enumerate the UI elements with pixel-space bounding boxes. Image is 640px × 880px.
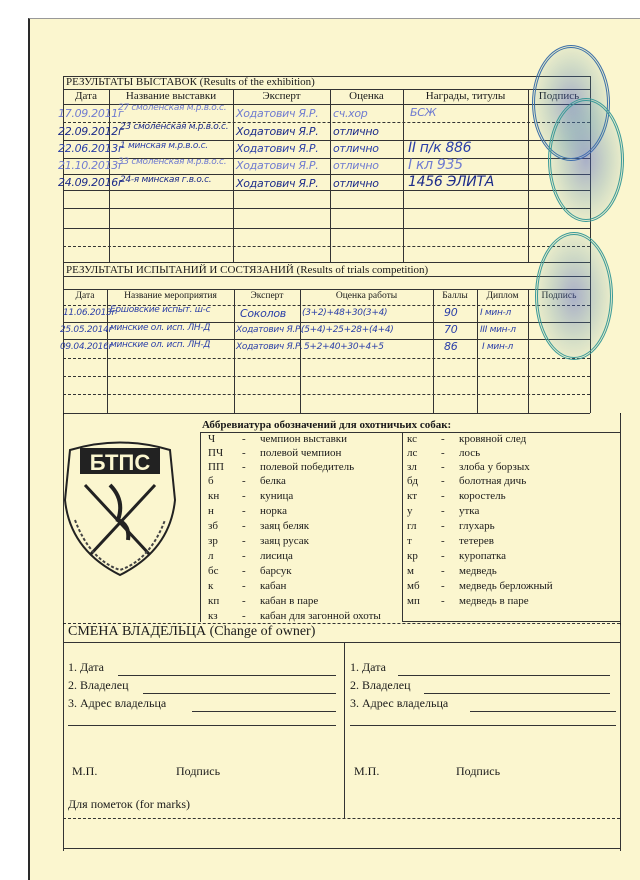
cell-evaluation: (5+4)+25+28+(4+4)	[301, 325, 393, 335]
section-border	[63, 623, 64, 851]
col-header-date: Дата	[63, 90, 109, 102]
table-border	[63, 289, 590, 290]
cell-evaluation: (3+2)+48+30(3+4)	[302, 308, 387, 318]
cell-awards: 1456 ЭЛИТА	[408, 174, 494, 190]
col-divider	[234, 289, 235, 413]
col-divider	[528, 89, 529, 262]
col-header-show-name: Название выставки	[109, 90, 233, 102]
abbreviations-title: Аббревиатура обозначений для охотничьих …	[202, 419, 451, 431]
cell-awards: II п/к 886	[408, 140, 471, 156]
date-label: 1. Дата	[350, 660, 386, 675]
cell-diploma: III мин-л	[480, 325, 516, 335]
table-border	[63, 276, 590, 277]
svg-text:БТПС: БТПС	[90, 450, 151, 475]
cell-date: 22.09.2012г	[58, 125, 123, 138]
date-field[interactable]	[118, 675, 336, 676]
cell-grade: отлично	[333, 177, 379, 190]
row-divider	[63, 413, 590, 414]
col-divider	[63, 262, 64, 413]
col-divider	[344, 642, 345, 819]
cell-date: 17.09.2011г	[58, 107, 123, 120]
cell-expert: Ходатович Я.Р.	[236, 177, 318, 190]
col-divider	[233, 89, 234, 262]
cell-expert: Соколов	[240, 307, 286, 320]
address-label: 3. Адрес владельца	[68, 696, 166, 711]
row-divider	[63, 190, 590, 191]
col-header-expert: Эксперт	[234, 291, 300, 301]
address-label: 3. Адрес владельца	[350, 696, 448, 711]
cell-expert: Ходатович Я.Р.	[236, 107, 318, 120]
cell-points: 86	[444, 340, 457, 353]
trials-title: РЕЗУЛЬТАТЫ ИСПЫТАНИЙ И СОСТЯЗАНИЙ (Resul…	[66, 264, 428, 276]
signature-label: Подпись	[456, 764, 500, 779]
owner-change-title: СМЕНА ВЛАДЕЛЬЦА (Change of owner)	[68, 624, 315, 640]
date-field[interactable]	[398, 675, 610, 676]
cell-show-name: 1 минская м.р.в.о.с.	[120, 141, 208, 151]
cell-diploma: I мин-л	[480, 308, 511, 318]
cell-expert: Ходатович Я.Р.	[236, 342, 303, 352]
col-header-points: Баллы	[433, 291, 477, 301]
col-header-date: Дата	[63, 291, 107, 301]
cell-awards: I кл 935	[408, 157, 463, 173]
section-border	[620, 413, 621, 626]
cell-date: 22.06.2013г	[58, 142, 123, 155]
cell-expert: Ходатович Я.Р.	[236, 325, 303, 335]
row-divider	[63, 208, 590, 209]
signature-label: Подпись	[176, 764, 220, 779]
cell-date: 25.05.2014г	[60, 325, 113, 335]
cell-expert: Ходатович Я.Р.	[236, 125, 318, 138]
row-divider	[63, 818, 620, 819]
cell-grade: сч.хор	[333, 107, 367, 120]
row-divider	[63, 358, 590, 359]
cell-event-name: Ершовские испыт. ш-с	[110, 305, 210, 315]
cell-show-name: 24-я минская г.в.о.с.	[120, 175, 211, 185]
section-border	[63, 848, 620, 849]
col-divider	[402, 621, 620, 622]
cell-evaluation: 5+2+40+30+4+5	[304, 342, 384, 352]
col-divider	[433, 289, 434, 413]
cell-awards: БСЖ	[410, 106, 436, 119]
col-divider	[200, 432, 201, 622]
stamp-label: М.П.	[72, 764, 97, 779]
owner-field[interactable]	[143, 693, 336, 694]
row-divider	[63, 262, 590, 263]
col-divider	[528, 289, 529, 413]
owner-label: 2. Владелец	[350, 678, 411, 693]
cell-date: 24.09.2016г	[58, 176, 123, 189]
title-underline	[63, 642, 620, 643]
col-header-evaluation: Оценка работы	[300, 291, 433, 301]
cell-grade: отлично	[333, 125, 379, 138]
cell-show-name: 27 смоленская м.р.в.о.с.	[118, 103, 226, 113]
col-header-grade: Оценка	[330, 90, 403, 102]
col-header-awards: Награды, титулы	[403, 90, 528, 102]
cell-grade: отлично	[333, 142, 379, 155]
address-field[interactable]	[470, 711, 616, 712]
official-stamp	[535, 232, 613, 360]
cell-show-name: 33 смоленская м.р.в.о.с.	[118, 157, 226, 167]
row-divider	[63, 228, 590, 229]
col-divider	[402, 432, 403, 622]
owner-label: 2. Владелец	[68, 678, 129, 693]
cell-show-name: 23 смоленская м.р.в.о.с.	[120, 122, 228, 132]
date-label: 1. Дата	[68, 660, 104, 675]
exhibitions-title: РЕЗУЛЬТАТЫ ВЫСТАВОК (Results of the exhi…	[66, 76, 315, 88]
owner-field[interactable]	[424, 693, 610, 694]
row-divider	[63, 246, 590, 247]
address-field-line-2[interactable]	[68, 725, 336, 726]
cell-date: 21.10.2013г	[58, 159, 123, 172]
cell-grade: отлично	[333, 159, 379, 172]
address-field[interactable]	[192, 711, 336, 712]
cell-diploma: I мин-л	[482, 342, 513, 352]
row-divider	[63, 376, 590, 377]
btps-logo-icon: БТПС	[50, 430, 190, 580]
cell-event-name: минские ол. исп. ЛН-Д	[110, 323, 210, 333]
col-header-event-name: Название мероприятия	[107, 291, 234, 301]
cell-date: 11.06.2013г	[63, 308, 116, 318]
cell-date: 09.04.2016г	[60, 342, 113, 352]
cell-event-name: минские ол. исп. ЛН-Д	[110, 340, 210, 350]
row-divider	[63, 394, 590, 395]
cell-expert: Ходатович Я.Р.	[236, 142, 318, 155]
cell-expert: Ходатович Я.Р.	[236, 159, 318, 172]
col-header-expert: Эксперт	[233, 90, 330, 102]
section-border	[620, 623, 621, 851]
marks-label: Для пометок (for marks)	[68, 797, 190, 812]
cell-points: 70	[444, 323, 457, 336]
col-header-diploma: Диплом	[477, 291, 528, 301]
cell-points: 90	[444, 306, 457, 319]
col-divider	[403, 89, 404, 262]
col-divider	[330, 89, 331, 262]
stamp-label: М.П.	[354, 764, 379, 779]
address-field-line-2[interactable]	[350, 725, 616, 726]
col-divider	[477, 289, 478, 413]
official-stamp	[548, 98, 624, 222]
